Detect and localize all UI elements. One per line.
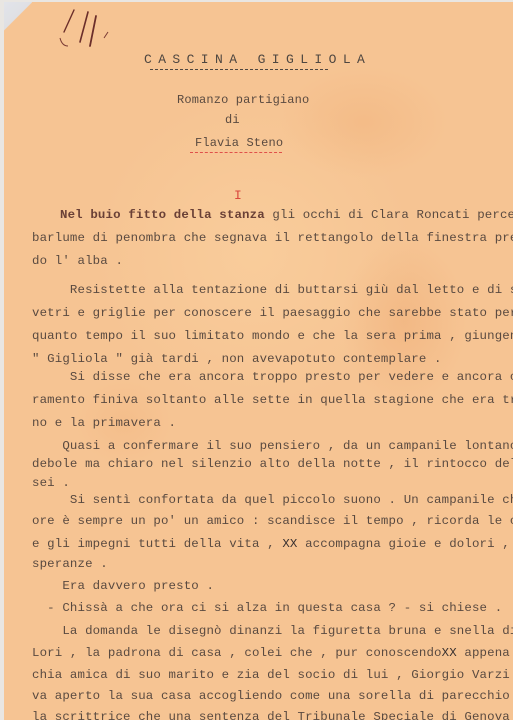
- text-line: Lori , la padrona di casa , colei che , …: [32, 646, 513, 660]
- by-line: di: [225, 113, 240, 127]
- text-line: La domanda le disegnò dinanzi la figuret…: [32, 624, 513, 638]
- bold-opening: Nel buio fitto della stanza: [60, 208, 272, 222]
- text-line: la scrittrice che una sentenza del Tribu…: [32, 710, 513, 720]
- folded-corner: [4, 2, 32, 32]
- text-line: Quasi a confermare il suo pensiero , da …: [32, 439, 513, 453]
- text-line: ore è sempre un po' un amico : scandisce…: [32, 514, 513, 528]
- text-line: Si disse che era ancora troppo presto pe…: [32, 370, 513, 384]
- author-name: Flavia Steno: [195, 136, 283, 150]
- title-underline: [150, 69, 328, 70]
- text-line: no e la primavera .: [32, 416, 176, 430]
- text-line: sei .: [32, 476, 70, 490]
- typewritten-page: CASCINA GIGLIOLA Romanzo partigiano di F…: [4, 2, 513, 720]
- text-line: Resistette alla tentazione di buttarsi g…: [32, 283, 513, 297]
- subtitle: Romanzo partigiano: [177, 93, 309, 107]
- text-line: ramento finiva soltanto alle sette in qu…: [32, 393, 513, 407]
- text-line: " Gigliola " già tardi , non avevapotuto…: [32, 352, 442, 366]
- document-title: CASCINA GIGLIOLA: [144, 52, 371, 67]
- text-line: barlume di penombra che segnava il retta…: [32, 231, 513, 245]
- author-underline: [190, 152, 282, 153]
- text-line: chia amica di suo marito e zia del socio…: [32, 668, 513, 682]
- struck-out-text: XX: [282, 537, 297, 551]
- text-line: Era davvero presto .: [32, 579, 214, 593]
- text-line: - Chissà a che ora ci si alza in questa …: [32, 601, 502, 615]
- chapter-number: I: [234, 188, 242, 203]
- text-line: do l' alba .: [32, 254, 123, 268]
- text-line: Si sentì confortata da quel piccolo suon…: [32, 493, 513, 507]
- text-line: vetri e griglie per conoscere il paesagg…: [32, 306, 513, 320]
- struck-out-text: XX: [442, 646, 457, 660]
- text-line: va aperto la sua casa accogliendo come u…: [32, 689, 513, 703]
- text-line: quanto tempo il suo limitato mondo e che…: [32, 329, 513, 343]
- text-line: Nel buio fitto della stanza gli occhi di…: [60, 208, 513, 222]
- text-line: speranze .: [32, 557, 108, 571]
- text-line: debole ma chiaro nel silenzio alto della…: [32, 457, 513, 471]
- text-line: e gli impegni tutti della vita , XX acco…: [32, 537, 513, 551]
- handwritten-mark-icon: [56, 6, 116, 48]
